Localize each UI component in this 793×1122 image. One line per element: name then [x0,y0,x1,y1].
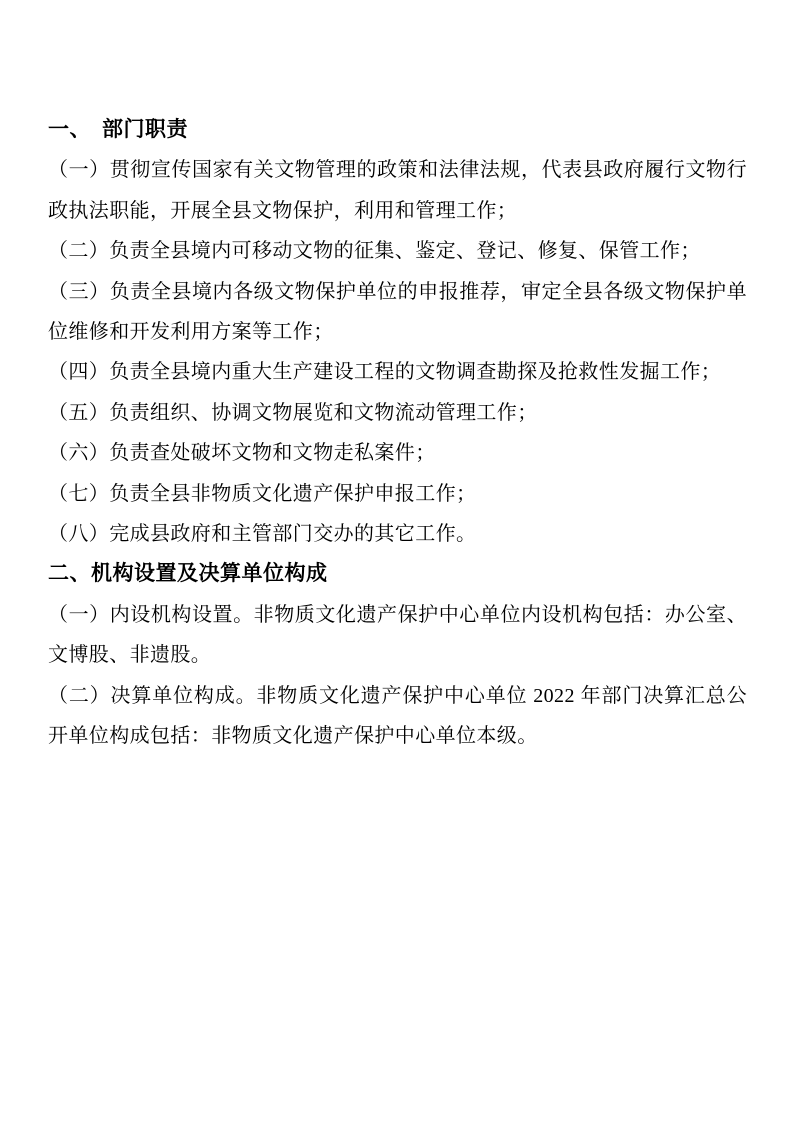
section-1-paragraph-7: （七）负责全县非物质文化遗产保护申报工作； [48,474,747,514]
section-1-paragraph-1: （一）贯彻宣传国家有关文物管理的政策和法律法规，代表县政府履行文物行政执法职能，… [48,150,747,231]
section-1-paragraph-2: （二）负责全县境内可移动文物的征集、鉴定、登记、修复、保管工作； [48,231,747,271]
section-1-heading: 一、 部门职责 [48,110,747,150]
section-1-paragraph-6: （六）负责查处破坏文物和文物走私案件； [48,433,747,473]
section-2-paragraph-1: （一）内设机构设置。非物质文化遗产保护中心单位内设机构包括：办公室、文博股、非遗… [48,595,747,676]
section-2-heading: 二、机构设置及决算单位构成 [48,554,747,594]
section-2-paragraph-2: （二）决算单位构成。非物质文化遗产保护中心单位 2022 年部门决算汇总公开单位… [48,676,747,757]
section-1-paragraph-5: （五）负责组织、协调文物展览和文物流动管理工作； [48,393,747,433]
document-body: 一、 部门职责 （一）贯彻宣传国家有关文物管理的政策和法律法规，代表县政府履行文… [48,110,747,757]
document-page: 一、 部门职责 （一）贯彻宣传国家有关文物管理的政策和法律法规，代表县政府履行文… [0,0,793,1122]
section-1-paragraph-3: （三）负责全县境内各级文物保护单位的申报推荐，审定全县各级文物保护单位维修和开发… [48,272,747,353]
section-1-paragraph-8: （八）完成县政府和主管部门交办的其它工作。 [48,514,747,554]
section-1-paragraph-4: （四）负责全县境内重大生产建设工程的文物调查勘探及抢救性发掘工作； [48,352,747,392]
